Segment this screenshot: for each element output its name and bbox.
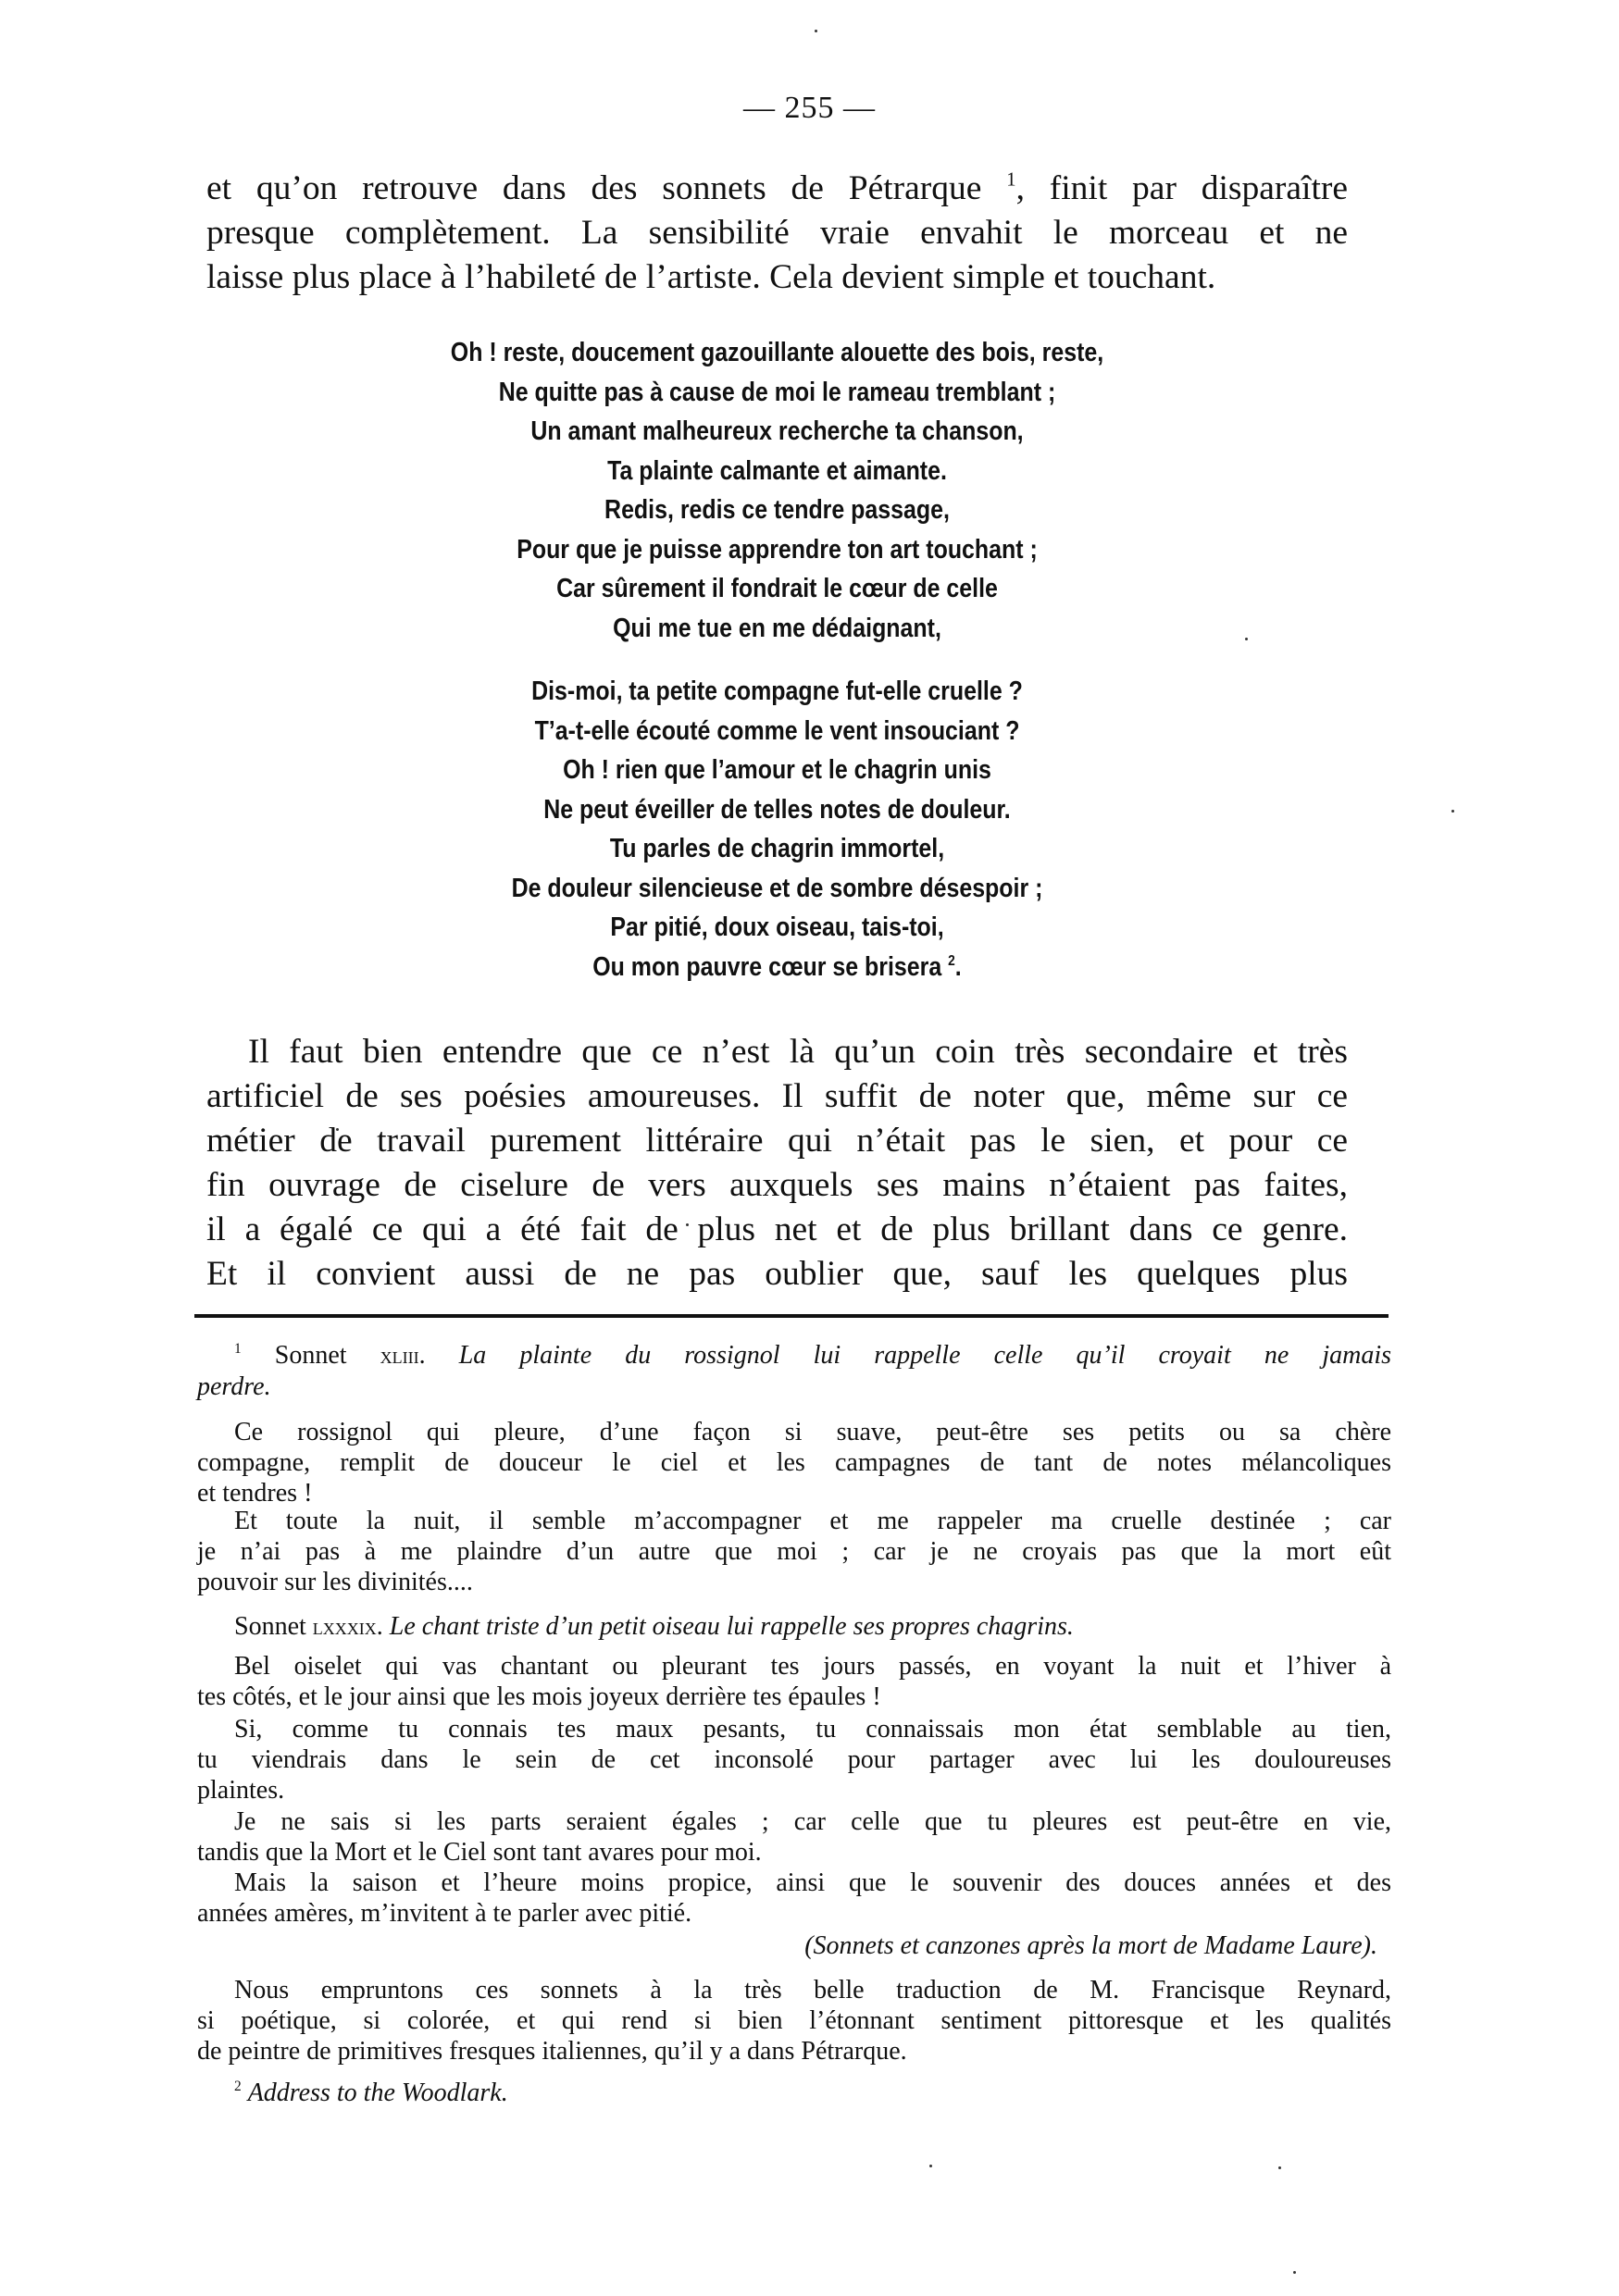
intro-line-3: laisse plus place à l’habileté de l’arti… [206, 255, 1348, 300]
footnote-ref-2[interactable]: 2 [948, 952, 955, 968]
footnote-1-para-c: Bel oiselet qui vas chantant ou pleurant… [197, 1651, 1391, 1712]
para2-line: Il faut bien entendre que ce n’est là qu… [206, 1030, 1348, 1074]
footnote-line: de peintre de primitives fresques italie… [197, 2036, 1391, 2066]
footnote-line: tandis que la Mort et le Ciel sont tant … [197, 1837, 1391, 1868]
footnote-line: années amères, m’invitent à te parler av… [197, 1898, 1391, 1929]
footnote-1-para-d: Si, comme tu connais tes maux pesants, t… [197, 1714, 1391, 1806]
footnote-1-para-e: Je ne sais si les parts seraient égales … [197, 1806, 1391, 1868]
footnote-line: Et toute la nuit, il semble m’accompagne… [197, 1506, 1391, 1536]
footnote-line: Mais la saison et l’heure moins propice,… [197, 1868, 1391, 1898]
footnote-2-text: Address to the Woodlark. [248, 2079, 508, 2107]
verse: Redis, redis ce tendre passage, [286, 490, 1267, 530]
verse: Dis-moi, ta petite compagne fut-elle cru… [286, 672, 1267, 712]
footnote-line: tu viendrais dans le sein de cet inconso… [197, 1744, 1391, 1775]
footnote-line: Ce rossignol qui pleure, d’une façon si … [197, 1417, 1391, 1447]
scan-speck [336, 1128, 339, 1131]
footnote-1-para-a: Ce rossignol qui pleure, d’une façon si … [197, 1417, 1391, 1508]
footnote-line: Sonnet lxxxix. Le chant triste d’un peti… [197, 1611, 1391, 1643]
sonnet-number: xliii [380, 1344, 419, 1369]
scan-speck [1278, 2166, 1281, 2169]
sonnet-title: perdre. [197, 1372, 271, 1401]
verse: T’a-t-elle écouté comme le vent insoucia… [286, 712, 1267, 751]
verse: Pour que je puisse apprendre ton art tou… [286, 530, 1267, 570]
footnote-1-sonnet-2-heading: Sonnet lxxxix. Le chant triste d’un peti… [197, 1611, 1391, 1643]
para2-line: artificiel de ses poésies amoureuses. Il… [206, 1074, 1348, 1119]
verse: Ou mon pauvre cœur se brisera 2. [286, 948, 1267, 987]
verse: Tu parles de chagrin immortel, [286, 829, 1267, 869]
scan-speck [1293, 2271, 1296, 2274]
footnote-2: 2 Address to the Woodlark. [197, 2078, 1391, 2108]
para2-line: Et il convient aussi de ne pas oublier q… [206, 1252, 1348, 1297]
footnote-line: Nous empruntons ces sonnets à la très be… [197, 1975, 1391, 2005]
verse: Car sûrement il fondrait le cœur de cell… [286, 569, 1267, 609]
scan-speck [1451, 810, 1454, 813]
footnote-line: compagne, remplit de douceur le ciel et … [197, 1447, 1391, 1478]
intro-text: et qu’on retrouve dans des sonnets de Pé… [206, 169, 981, 207]
sonnet-label: Sonnet [234, 1612, 306, 1641]
footnote-line: tes côtés, et le jour ainsi que les mois… [197, 1682, 1391, 1712]
intro-text: , finit par disparaître [1016, 169, 1348, 207]
footnote-line: 2 Address to the Woodlark. [197, 2078, 1391, 2108]
para2-line: fin ouvrage de ciselure de vers auxquels… [206, 1163, 1348, 1208]
footnote-line: 1 Sonnet xliii. La plainte du rossignol … [197, 1340, 1391, 1371]
verse: De douleur silencieuse et de sombre dése… [286, 869, 1267, 909]
footnote-line: Bel oiselet qui vas chantant ou pleurant… [197, 1651, 1391, 1682]
footnote-marker-2: 2 [234, 2079, 242, 2094]
footnote-1-source: (Sonnets et canzones après la mort de Ma… [345, 1930, 1377, 1961]
verse: Par pitié, doux oiseau, tais-toi, [286, 908, 1267, 948]
body-paragraph-2: Il faut bien entendre que ce n’est là qu… [206, 1030, 1348, 1297]
verse-punct: . [955, 952, 962, 982]
footnote-1-para-b: Et toute la nuit, il semble m’accompagne… [197, 1506, 1391, 1597]
intro-line-2: presque complètement. La sensibilité vra… [206, 211, 1348, 255]
verse: Un amant malheureux recherche ta chanson… [286, 412, 1267, 452]
footnote-marker-1: 1 [234, 1341, 242, 1357]
verse-text: Ou mon pauvre cœur se brisera [592, 952, 941, 982]
footnote-line: si poétique, si colorée, et qui rend si … [197, 2005, 1391, 2036]
poem-stanza-2: Dis-moi, ta petite compagne fut-elle cru… [286, 672, 1267, 987]
sonnet-label: Sonnet [275, 1341, 347, 1370]
scan-speck [1245, 638, 1248, 640]
para2-line: métier de travail purement littéraire qu… [206, 1119, 1348, 1163]
footnote-line: pouvoir sur les divinités.... [197, 1567, 1391, 1597]
source-citation: (Sonnets et canzones après la mort de Ma… [804, 1931, 1377, 1960]
poem-stanza-1: Oh ! reste, doucement gazouillante aloue… [286, 333, 1267, 648]
para2-line: il a égalé ce qui a été fait de plus net… [206, 1208, 1348, 1252]
page-number: — 255 — [0, 91, 1619, 126]
footnote-1-heading: 1 Sonnet xliii. La plainte du rossignol … [197, 1340, 1391, 1402]
scan-speck [815, 30, 817, 32]
footnote-line: Je ne sais si les parts seraient égales … [197, 1806, 1391, 1837]
footnote-divider [194, 1314, 1389, 1318]
verse: Ta plainte calmante et aimante. [286, 452, 1267, 491]
verse: Oh ! reste, doucement gazouillante aloue… [286, 333, 1267, 373]
sonnet-title: La plainte du rossignol lui rappelle cel… [459, 1341, 1391, 1370]
footnote-ref-1[interactable]: 1 [1006, 170, 1015, 191]
sonnet-title: Le chant triste d’un petit oiseau lui ra… [390, 1612, 1074, 1641]
footnote-1-para-f: Mais la saison et l’heure moins propice,… [197, 1868, 1391, 1929]
footnote-1-para-g: Nous empruntons ces sonnets à la très be… [197, 1975, 1391, 2066]
verse: Qui me tue en me dédaignant, [286, 609, 1267, 649]
footnote-line: plaintes. [197, 1775, 1391, 1806]
scan-speck [929, 2165, 932, 2167]
footnote-line: perdre. [197, 1371, 1391, 1402]
verse: Ne quitte pas à cause de moi le rameau t… [286, 373, 1267, 413]
intro-line-1: et qu’on retrouve dans des sonnets de Pé… [206, 167, 1348, 211]
sonnet-number: lxxxix [313, 1615, 377, 1640]
verse: Ne peut éveiller de telles notes de doul… [286, 790, 1267, 830]
footnote-line: et tendres ! [197, 1478, 1391, 1508]
intro-paragraph: et qu’on retrouve dans des sonnets de Pé… [206, 167, 1348, 300]
verse: Oh ! rien que l’amour et le chagrin unis [286, 751, 1267, 790]
footnote-line: je n’ai pas à me plaindre d’un autre que… [197, 1536, 1391, 1567]
footnote-line: Si, comme tu connais tes maux pesants, t… [197, 1714, 1391, 1744]
scan-speck [686, 1223, 689, 1226]
